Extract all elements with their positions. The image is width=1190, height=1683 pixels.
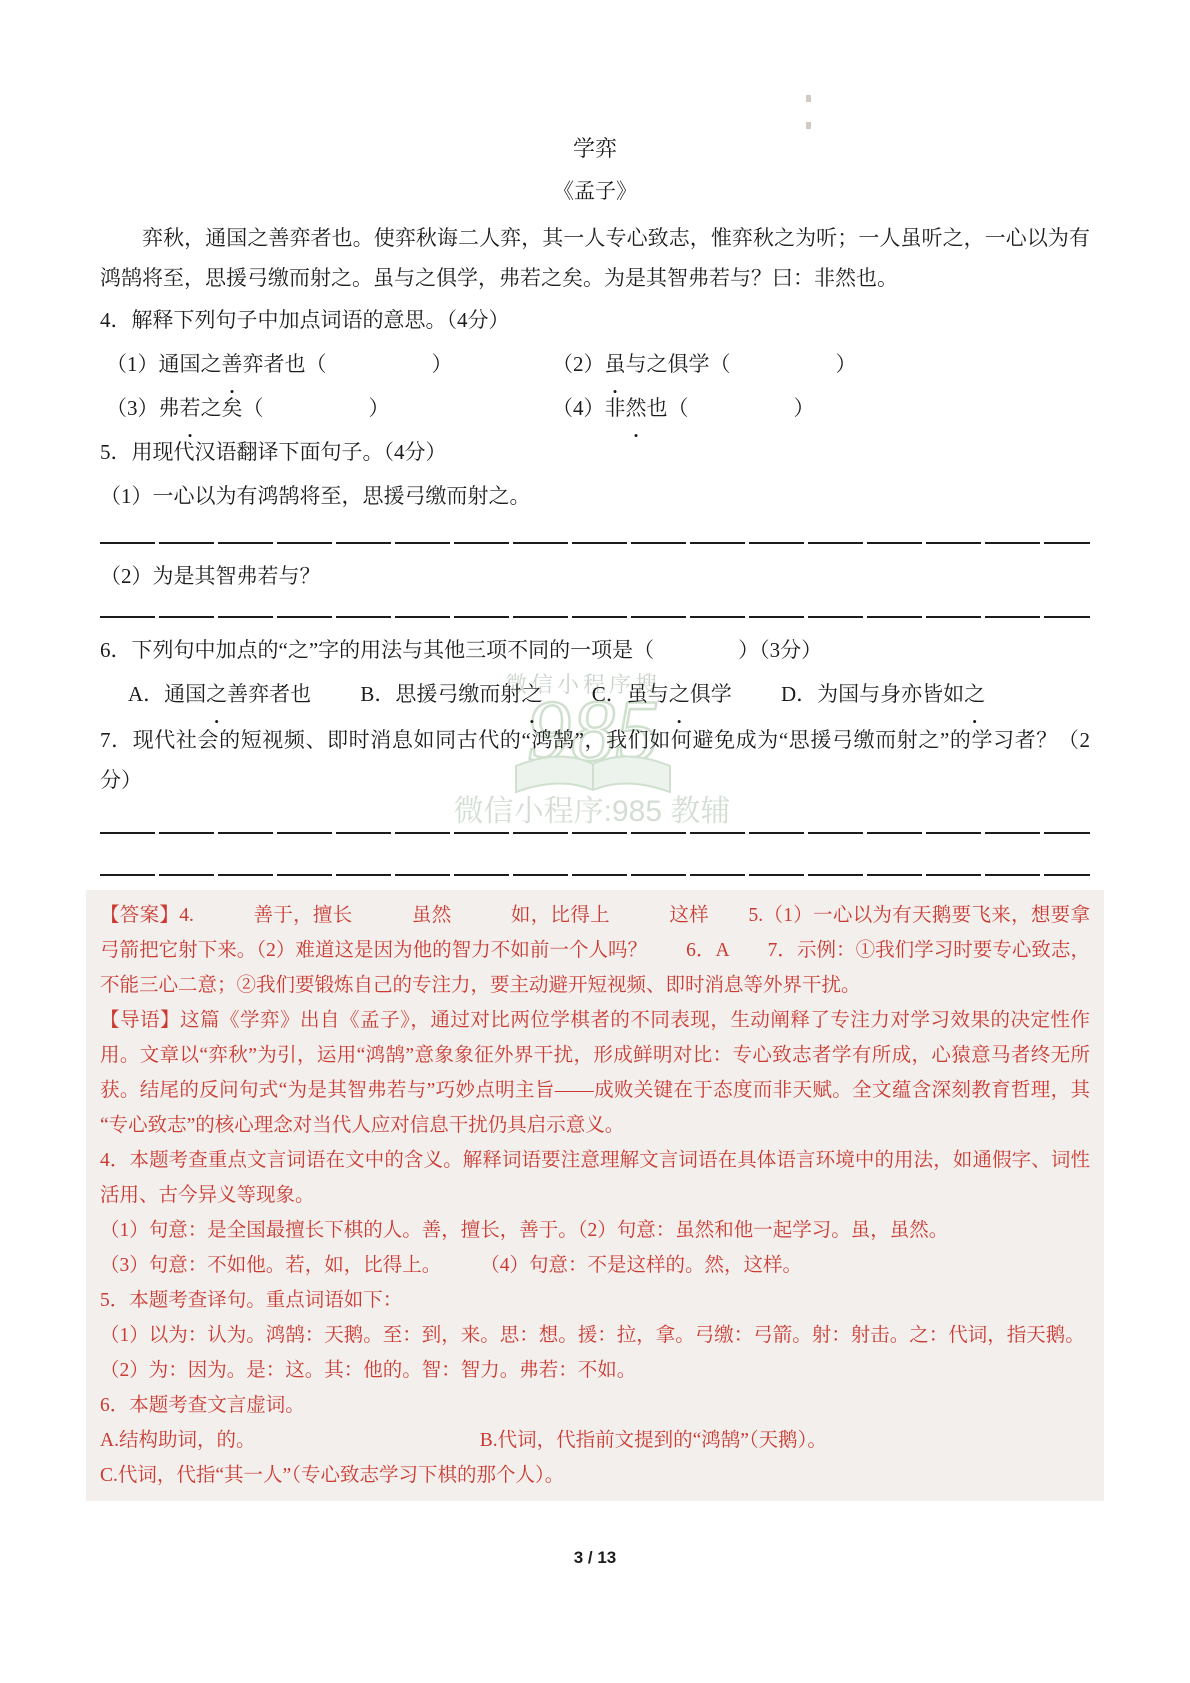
passage-title: 学弈 bbox=[100, 0, 1090, 162]
analysis-q6-detail-1: A.结构助词，的。 B.代词，代指前文提到的“鸿鹄”（天鹅）。 bbox=[100, 1423, 1090, 1458]
emphasized-char: 之 bbox=[964, 672, 985, 716]
question-5-item-1: （1）一心以为有鸿鹄将至，思援弓缴而射之。 bbox=[100, 474, 1090, 518]
answer-key-block: 【答案】4. 善于，擅长 虽然 如，比得上 这样 5.（1）一心以为有天鹅要飞来… bbox=[86, 890, 1104, 1501]
question-4-item-2: （2）虽与之俱学（ ） bbox=[552, 342, 1090, 386]
answer-blank-line bbox=[100, 616, 1090, 618]
emphasized-char: 然 bbox=[626, 386, 647, 430]
analysis-intro-paragraph: 【导语】这篇《学弈》出自《孟子》，通过对比两位学棋者的不同表现，生动阐释了专注力… bbox=[100, 1003, 1090, 1143]
question-4-item-1: （1）通国之善弈者也（ ） bbox=[100, 342, 552, 386]
passage-source: 《孟子》 bbox=[100, 178, 1090, 204]
analysis-q6-detail-2: C.代词，代指“其一人”（专心致志学习下棋的那个人）。 bbox=[100, 1458, 1090, 1493]
emphasized-char: 虽 bbox=[605, 342, 626, 386]
emphasized-char: 之 bbox=[206, 672, 227, 716]
option-a: A．通国之善弈者也 bbox=[128, 672, 311, 716]
question-4-row-2: （3）弗若之矣（ ） （4）非然也（ ） bbox=[100, 386, 1090, 430]
question-4-item-4: （4）非然也（ ） bbox=[552, 386, 1090, 430]
analysis-q6-paragraph: 6．本题考查文言虚词。 bbox=[100, 1388, 1090, 1423]
classical-passage: 弈秋，通国之善弈者也。使弈秋诲二人弈，其一人专心致志，惟弈秋之为听；一人虽听之，… bbox=[100, 218, 1090, 298]
answer-blank-line bbox=[100, 874, 1090, 876]
question-6-options: A．通国之善弈者也 B．思援弓缴而射之 C．虽与之俱学 D．为国与身亦皆如之 bbox=[100, 672, 1090, 716]
question-5-header: 5．用现代汉语翻译下面句子。（4分） bbox=[100, 430, 1090, 474]
option-c: C．虽与之俱学 bbox=[592, 672, 732, 716]
analysis-q5-detail-2: （2）为：因为。是：这。其：他的。智：智力。弗若：不如。 bbox=[100, 1353, 1090, 1388]
question-5-item-2: （2）为是其智弗若与？ bbox=[100, 554, 1090, 598]
page-number: 3 / 13 bbox=[0, 1548, 1190, 1568]
emphasized-char: 善 bbox=[222, 342, 243, 386]
analysis-q5-detail-1: （1）以为：认为。鸿鹄：天鹅。至：到，来。思：想。援：拉，拿。弓缴：弓箭。射：射… bbox=[100, 1318, 1090, 1353]
question-6-header: 6．下列句中加点的“之”字的用法与其他三项不同的一项是（ ）（3分） bbox=[100, 628, 1090, 672]
option-b: B．思援弓缴而射之 bbox=[360, 672, 542, 716]
analysis-q4-detail-1: （1）句意：是全国最擅长下棋的人。善，擅长，善于。（2）句意：虽然和他一起学习。… bbox=[100, 1213, 1090, 1248]
question-7-text: 7．现代社会的短视频、即时消息如同古代的“鸿鹄”，我们如何避免成为“思援弓缴而射… bbox=[100, 720, 1090, 800]
question-4-row-1: （1）通国之善弈者也（ ） （2）虽与之俱学（ ） bbox=[100, 342, 1090, 386]
emphasized-char: 若 bbox=[180, 386, 201, 430]
answer-paragraph: 【答案】4. 善于，擅长 虽然 如，比得上 这样 5.（1）一心以为有天鹅要飞来… bbox=[100, 898, 1090, 1003]
document-content: 学弈 《孟子》 弈秋，通国之善弈者也。使弈秋诲二人弈，其一人专心致志，惟弈秋之为… bbox=[0, 0, 1190, 1501]
option-d: D．为国与身亦皆如之 bbox=[781, 672, 985, 716]
analysis-q4-detail-2: （3）句意：不如他。若，如，比得上。 （4）句意：不是这样的。然，这样。 bbox=[100, 1248, 1090, 1283]
answer-blank-line bbox=[100, 832, 1090, 834]
emphasized-char: 之 bbox=[521, 672, 542, 716]
answer-blank-line bbox=[100, 542, 1090, 544]
analysis-q5-paragraph: 5．本题考查译句。重点词语如下： bbox=[100, 1283, 1090, 1318]
question-4-item-3: （3）弗若之矣（ ） bbox=[100, 386, 552, 430]
analysis-q4-paragraph: 4．本题考查重点文言词语在文中的含义。解释词语要注意理解文言词语在具体语言环境中… bbox=[100, 1143, 1090, 1213]
question-4-header: 4．解释下列句子中加点词语的意思。（4分） bbox=[100, 298, 1090, 342]
emphasized-char: 之 bbox=[669, 672, 690, 716]
exam-document-page: 微信小程序搜 985 微信小程序:985 教辅 学弈 《孟子》 弈秋，通国之善弈… bbox=[0, 0, 1190, 1683]
